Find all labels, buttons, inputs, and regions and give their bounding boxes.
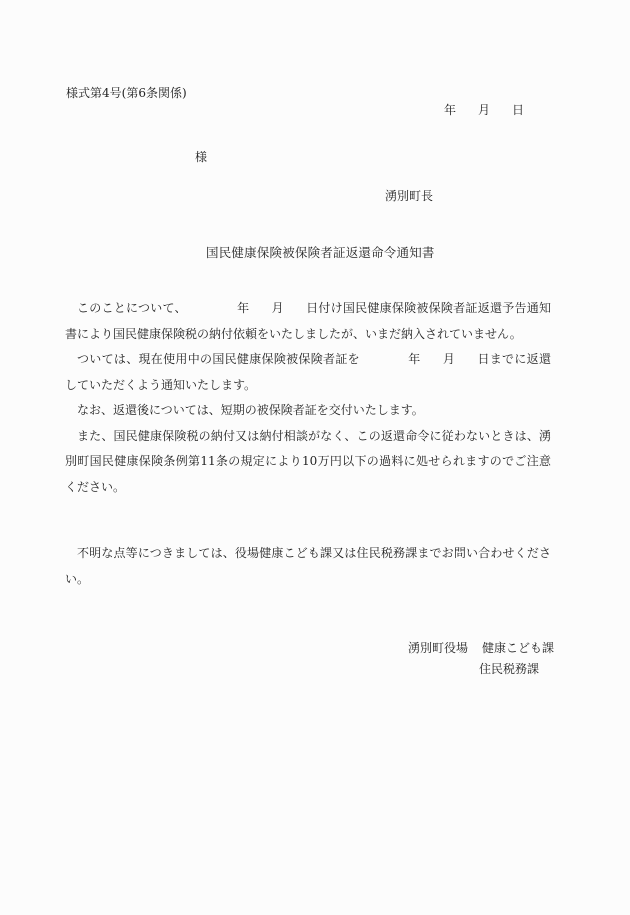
paragraph-short-term-card: なお、返還後については、短期の被保険者証を交付いたします。 xyxy=(65,398,551,424)
addressee-suffix: 様 xyxy=(195,150,207,164)
contact-dept-tax: 住民税務課 xyxy=(479,662,539,676)
notice-body: このことについて、年月日付け国民健康保険被保険者証返還予告通知書により国民健康保… xyxy=(65,296,551,500)
date-year-label: 年 xyxy=(444,103,456,117)
paragraph-inquiry: 不明な点等につきましては、役場健康こども課又は住民税務課までお問い合わせください… xyxy=(65,541,551,592)
date-month-label: 月 xyxy=(478,103,490,117)
p1-month-label: 月 xyxy=(271,301,284,315)
issue-date: 年月日 xyxy=(444,103,524,117)
date-day-label: 日 xyxy=(512,103,524,117)
p2-year-label: 年 xyxy=(408,352,421,366)
p1-year-label: 年 xyxy=(237,301,250,315)
contact-office: 湧別町役場 xyxy=(408,641,468,655)
contact-block: 湧別町役場健康こども課 xyxy=(408,641,554,655)
contact-dept-health: 健康こども課 xyxy=(482,641,554,655)
paragraph-penalty-warning: また、国民健康保険税の納付又は納付相談がなく、この返還命令に従わないときは、湧別… xyxy=(65,424,551,501)
paragraph-return-deadline: ついては、現在使用中の国民健康保険被保険者証を年月日までに返還していただくよう通… xyxy=(65,347,551,398)
sender-name: 湧別町長 xyxy=(385,189,433,203)
document-title: 国民健康保険被保険者証返還命令通知書 xyxy=(206,246,435,260)
form-number: 様式第4号(第6条関係) xyxy=(66,86,187,100)
paragraph-prior-notice: このことについて、年月日付け国民健康保険被保険者証返還予告通知書により国民健康保… xyxy=(65,296,551,347)
p2-month-label: 月 xyxy=(443,352,456,366)
inquiry-notice: 不明な点等につきましては、役場健康こども課又は住民税務課までお問い合わせください… xyxy=(65,541,551,592)
